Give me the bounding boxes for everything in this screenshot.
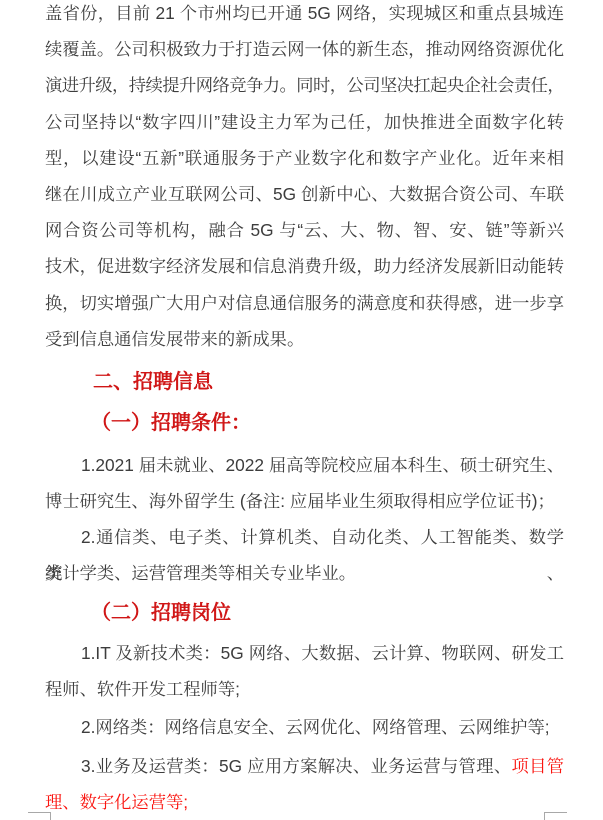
text-boundary-crop-mark-right xyxy=(544,812,567,820)
intro-line-8: 技术，促进数字经济发展和信息消费升级，助力经济发展新旧动能转 xyxy=(45,248,564,284)
intro-line-4: 公司坚持以“数字四川”建设主力军为己任，加快推进全面数字化转 xyxy=(45,104,564,140)
position-item3-line-1: 3.业务及运营类：5G 应用方案解决、业务运营与管理、项目管 xyxy=(45,748,564,784)
position-item3-highlight-start: 项目管 xyxy=(511,756,564,776)
position-item1-line-1: 1.IT 及新技术类：5G 网络、大数据、云计算、物联网、研发工 xyxy=(45,635,564,671)
condition-item1-line-2: 博士研究生、海外留学生 (备注: 应届毕业生须取得相应学位证书)； xyxy=(45,483,564,519)
condition-item2-line-1: 2.通信类、电子类、计算机类、自动化类、人工智能类、数学类、 xyxy=(45,519,564,555)
position-item3-normal-text: 3.业务及运营类：5G 应用方案解决、业务运营与管理、 xyxy=(81,756,511,776)
intro-line-2: 续覆盖。公司积极致力于打造云网一体的新生态，推动网络资源优化 xyxy=(45,31,564,67)
intro-line-7: 网合资公司等机构，融合 5G 与“云、大、物、智、安、链”等新兴 xyxy=(45,212,564,248)
position-item3-line-2: 理、数字化运营等; xyxy=(45,784,564,820)
intro-line-6: 继在川成立产业互联网公司、5G 创新中心、大数据合资公司、车联 xyxy=(45,176,564,212)
section-heading-recruit-info: 二、招聘信息 xyxy=(45,364,564,400)
subsection-heading-positions: （二）招聘岗位 xyxy=(45,595,564,631)
intro-line-9: 换，切实增强广大用户对信息通信服务的满意度和获得感，进一步享 xyxy=(45,285,564,321)
intro-line-3: 演进升级，持续提升网络竞争力。同时，公司坚决扛起央企社会责任， xyxy=(45,67,564,103)
intro-line-1: 盖省份，目前 21 个市州均已开通 5G 网络，实现城区和重点县城连 xyxy=(45,0,564,31)
document-page[interactable]: 盖省份，目前 21 个市州均已开通 5G 网络，实现城区和重点县城连 续覆盖。公… xyxy=(0,0,603,820)
intro-line-5: 型，以建设“五新”联通服务于产业数字化和数字产业化。近年来相 xyxy=(45,140,564,176)
intro-line-10: 受到信息通信发展带来的新成果。 xyxy=(45,321,564,357)
position-item1-line-2: 程师、软件开发工程师等; xyxy=(45,671,564,707)
condition-item1-line-1: 1.2021 届未就业、2022 届高等院校应届本科生、硕士研究生、 xyxy=(45,447,564,483)
document-body: 盖省份，目前 21 个市州均已开通 5G 网络，实现城区和重点县城连 续覆盖。公… xyxy=(45,0,564,820)
position-item2-line: 2.网络类：网络信息安全、云网优化、网络管理、云网维护等; xyxy=(45,709,564,745)
subsection-heading-conditions: （一）招聘条件： xyxy=(45,405,564,441)
text-boundary-crop-mark-left xyxy=(28,812,51,820)
